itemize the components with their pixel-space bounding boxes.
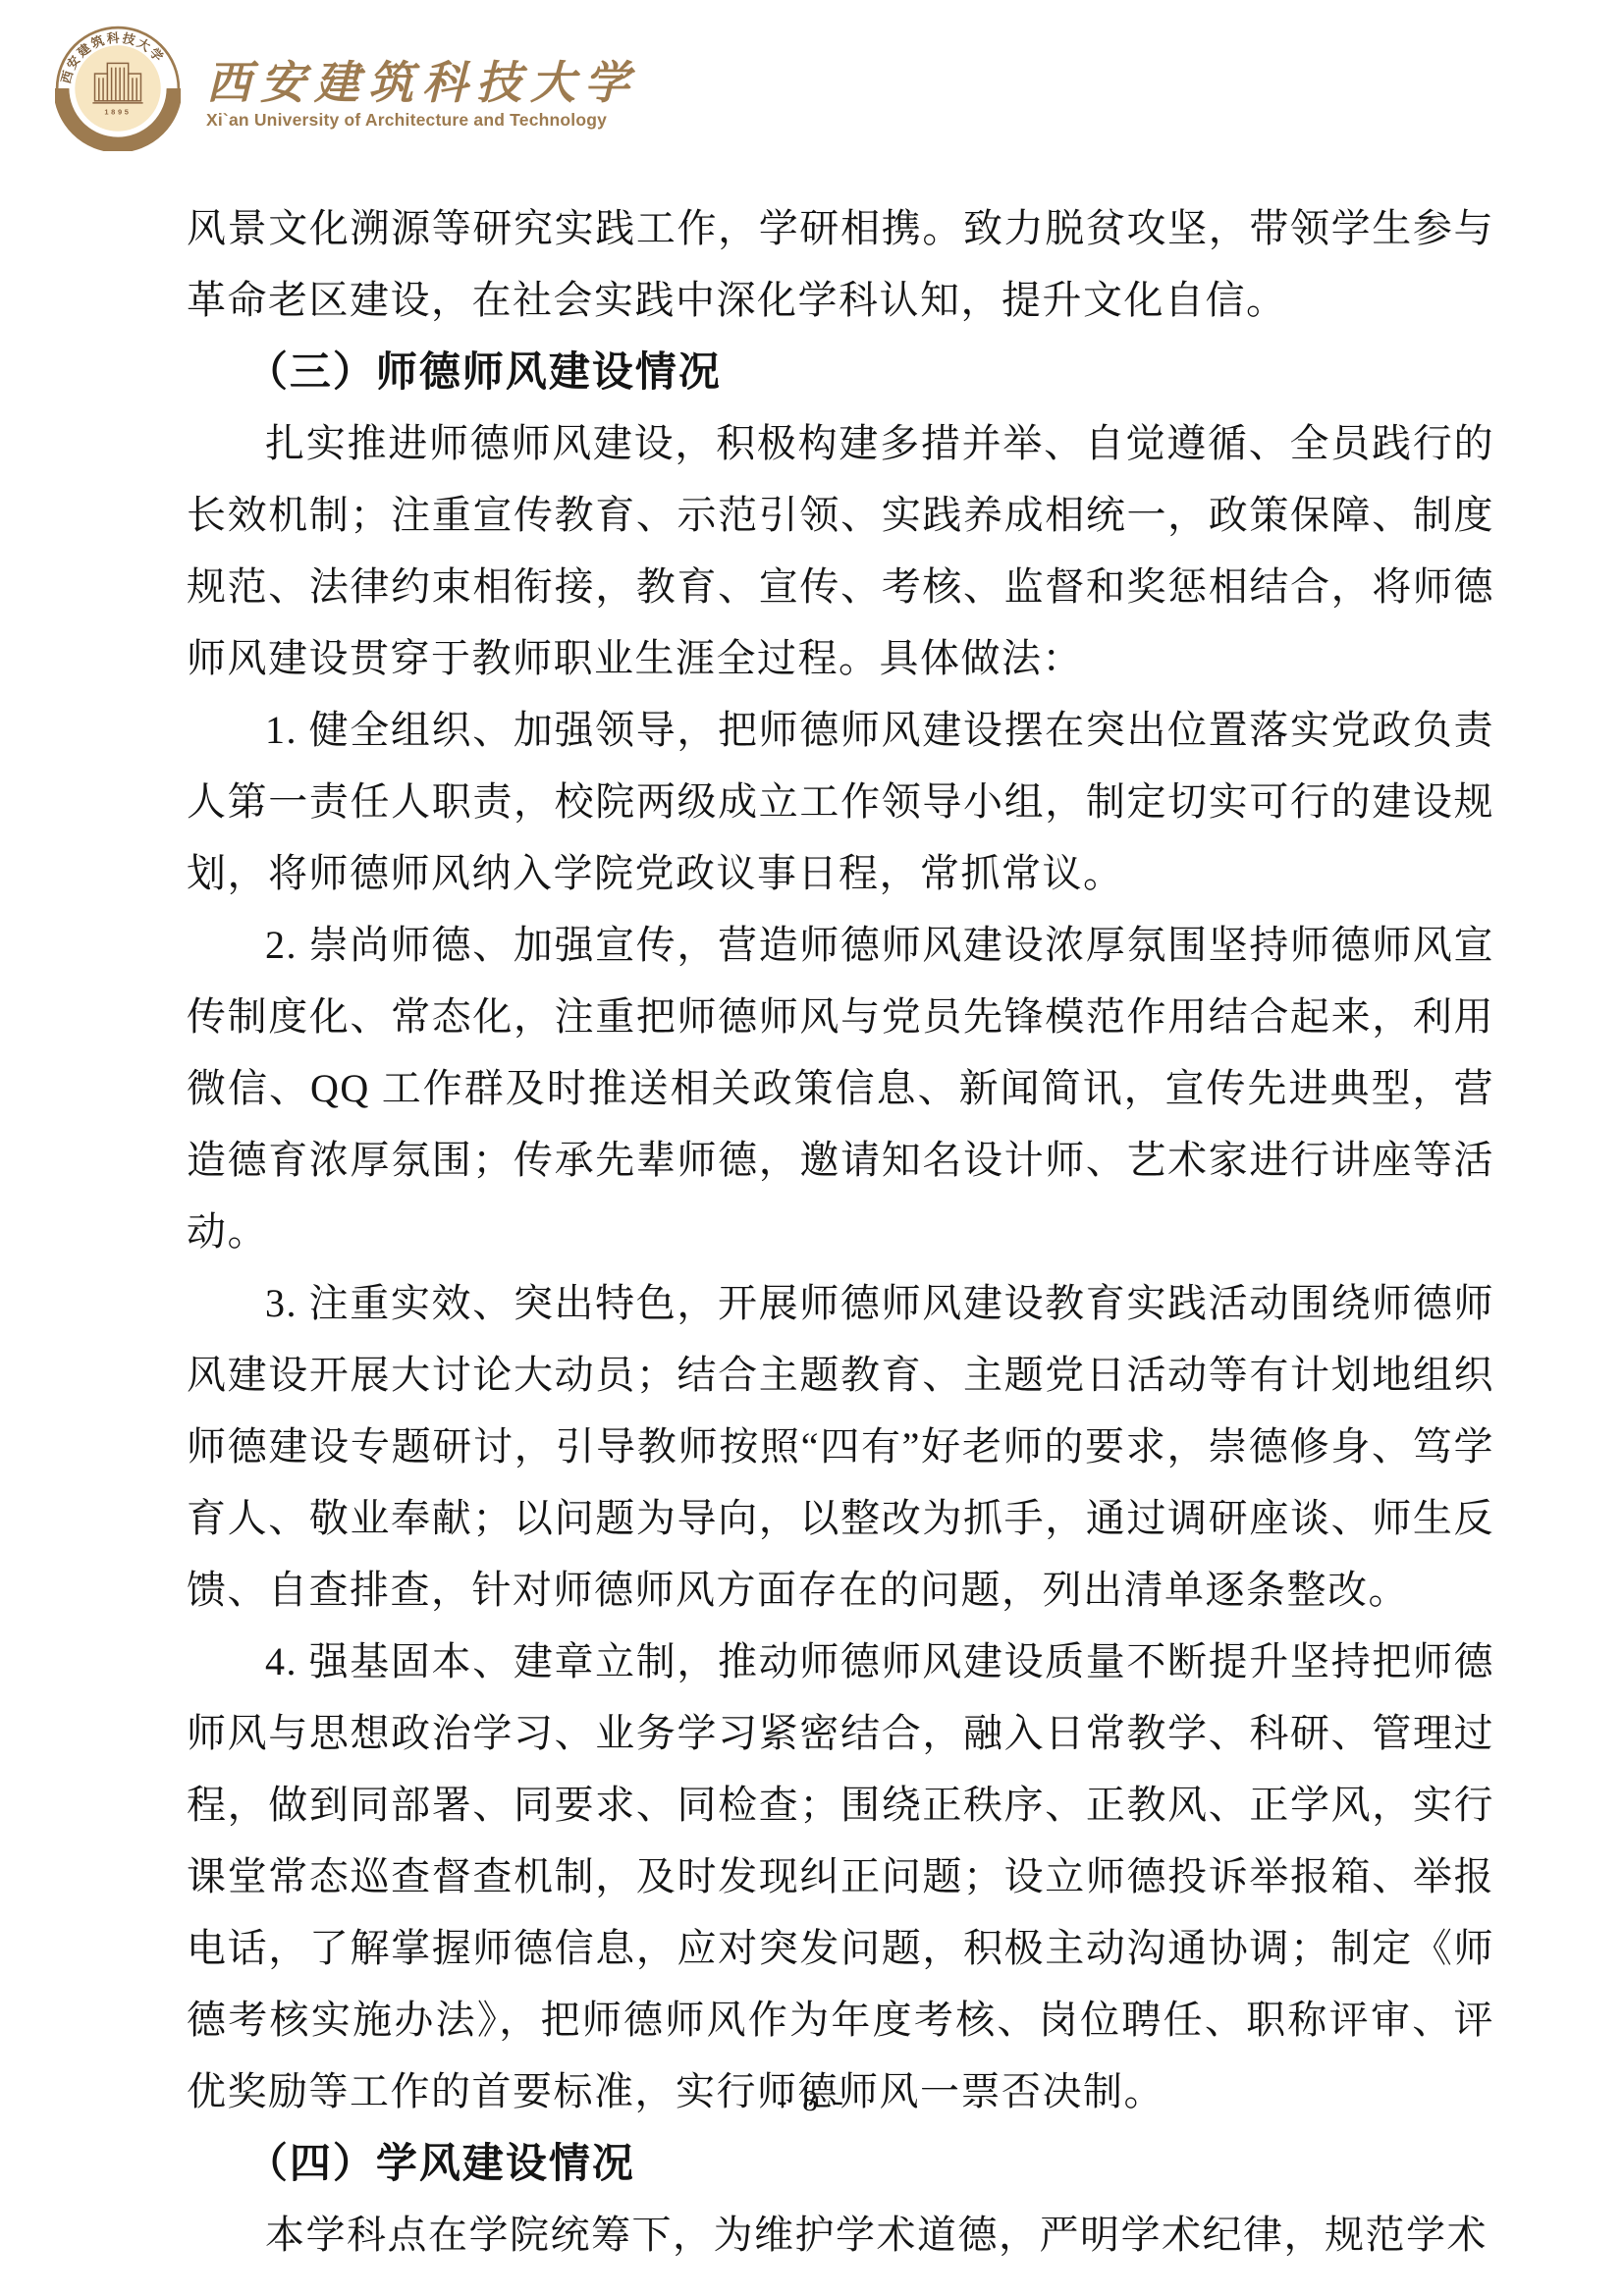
section-heading-3: （三）师德师风建设情况 <box>187 336 1494 407</box>
brand-text: 西安建筑科技大学 Xi`an University of Architectur… <box>206 59 638 132</box>
university-seal-icon: 西安建筑科技大学 XI'AN UNIVERSITY OF ARCHITECTUR… <box>55 26 181 151</box>
page-number: - 8 - <box>0 2083 1624 2118</box>
document-page: 西安建筑科技大学 XI'AN UNIVERSITY OF ARCHITECTUR… <box>0 0 1624 2296</box>
body-paragraph: 本学科点在学院统筹下，为维护学术道德，严明学术纪律，规范学术 <box>187 2199 1494 2270</box>
body-paragraph: 风景文化溯源等研究实践工作，学研相携。致力脱贫攻坚，带领学生参与革命老区建设，在… <box>187 192 1494 336</box>
body-paragraph: 2. 崇尚师德、加强宣传，营造师德师风建设浓厚氛围坚持师德师风宣传制度化、常态化… <box>187 909 1494 1267</box>
section-heading-4: （四）学风建设情况 <box>187 2127 1494 2199</box>
body-paragraph: 1. 健全组织、加强领导，把师德师风建设摆在突出位置落实党政负责人第一责任人职责… <box>187 694 1494 909</box>
university-name-en: Xi`an University of Architecture and Tec… <box>206 108 638 132</box>
university-logo: 西安建筑科技大学 XI'AN UNIVERSITY OF ARCHITECTUR… <box>55 26 638 151</box>
body-paragraph: 扎实推进师德师风建设，积极构建多措并举、自觉遵循、全员践行的长效机制；注重宣传教… <box>187 407 1494 694</box>
university-name-cn: 西安建筑科技大学 <box>206 59 638 108</box>
seal-year: 1895 <box>104 108 131 117</box>
document-body: 风景文化溯源等研究实践工作，学研相携。致力脱贫攻坚，带领学生参与革命老区建设，在… <box>187 192 1494 2270</box>
body-paragraph: 4. 强基固本、建章立制，推动师德师风建设质量不断提升坚持把师德师风与思想政治学… <box>187 1626 1494 2127</box>
body-paragraph: 3. 注重实效、突出特色，开展师德师风建设教育实践活动围绕师德师风建设开展大讨论… <box>187 1267 1494 1626</box>
